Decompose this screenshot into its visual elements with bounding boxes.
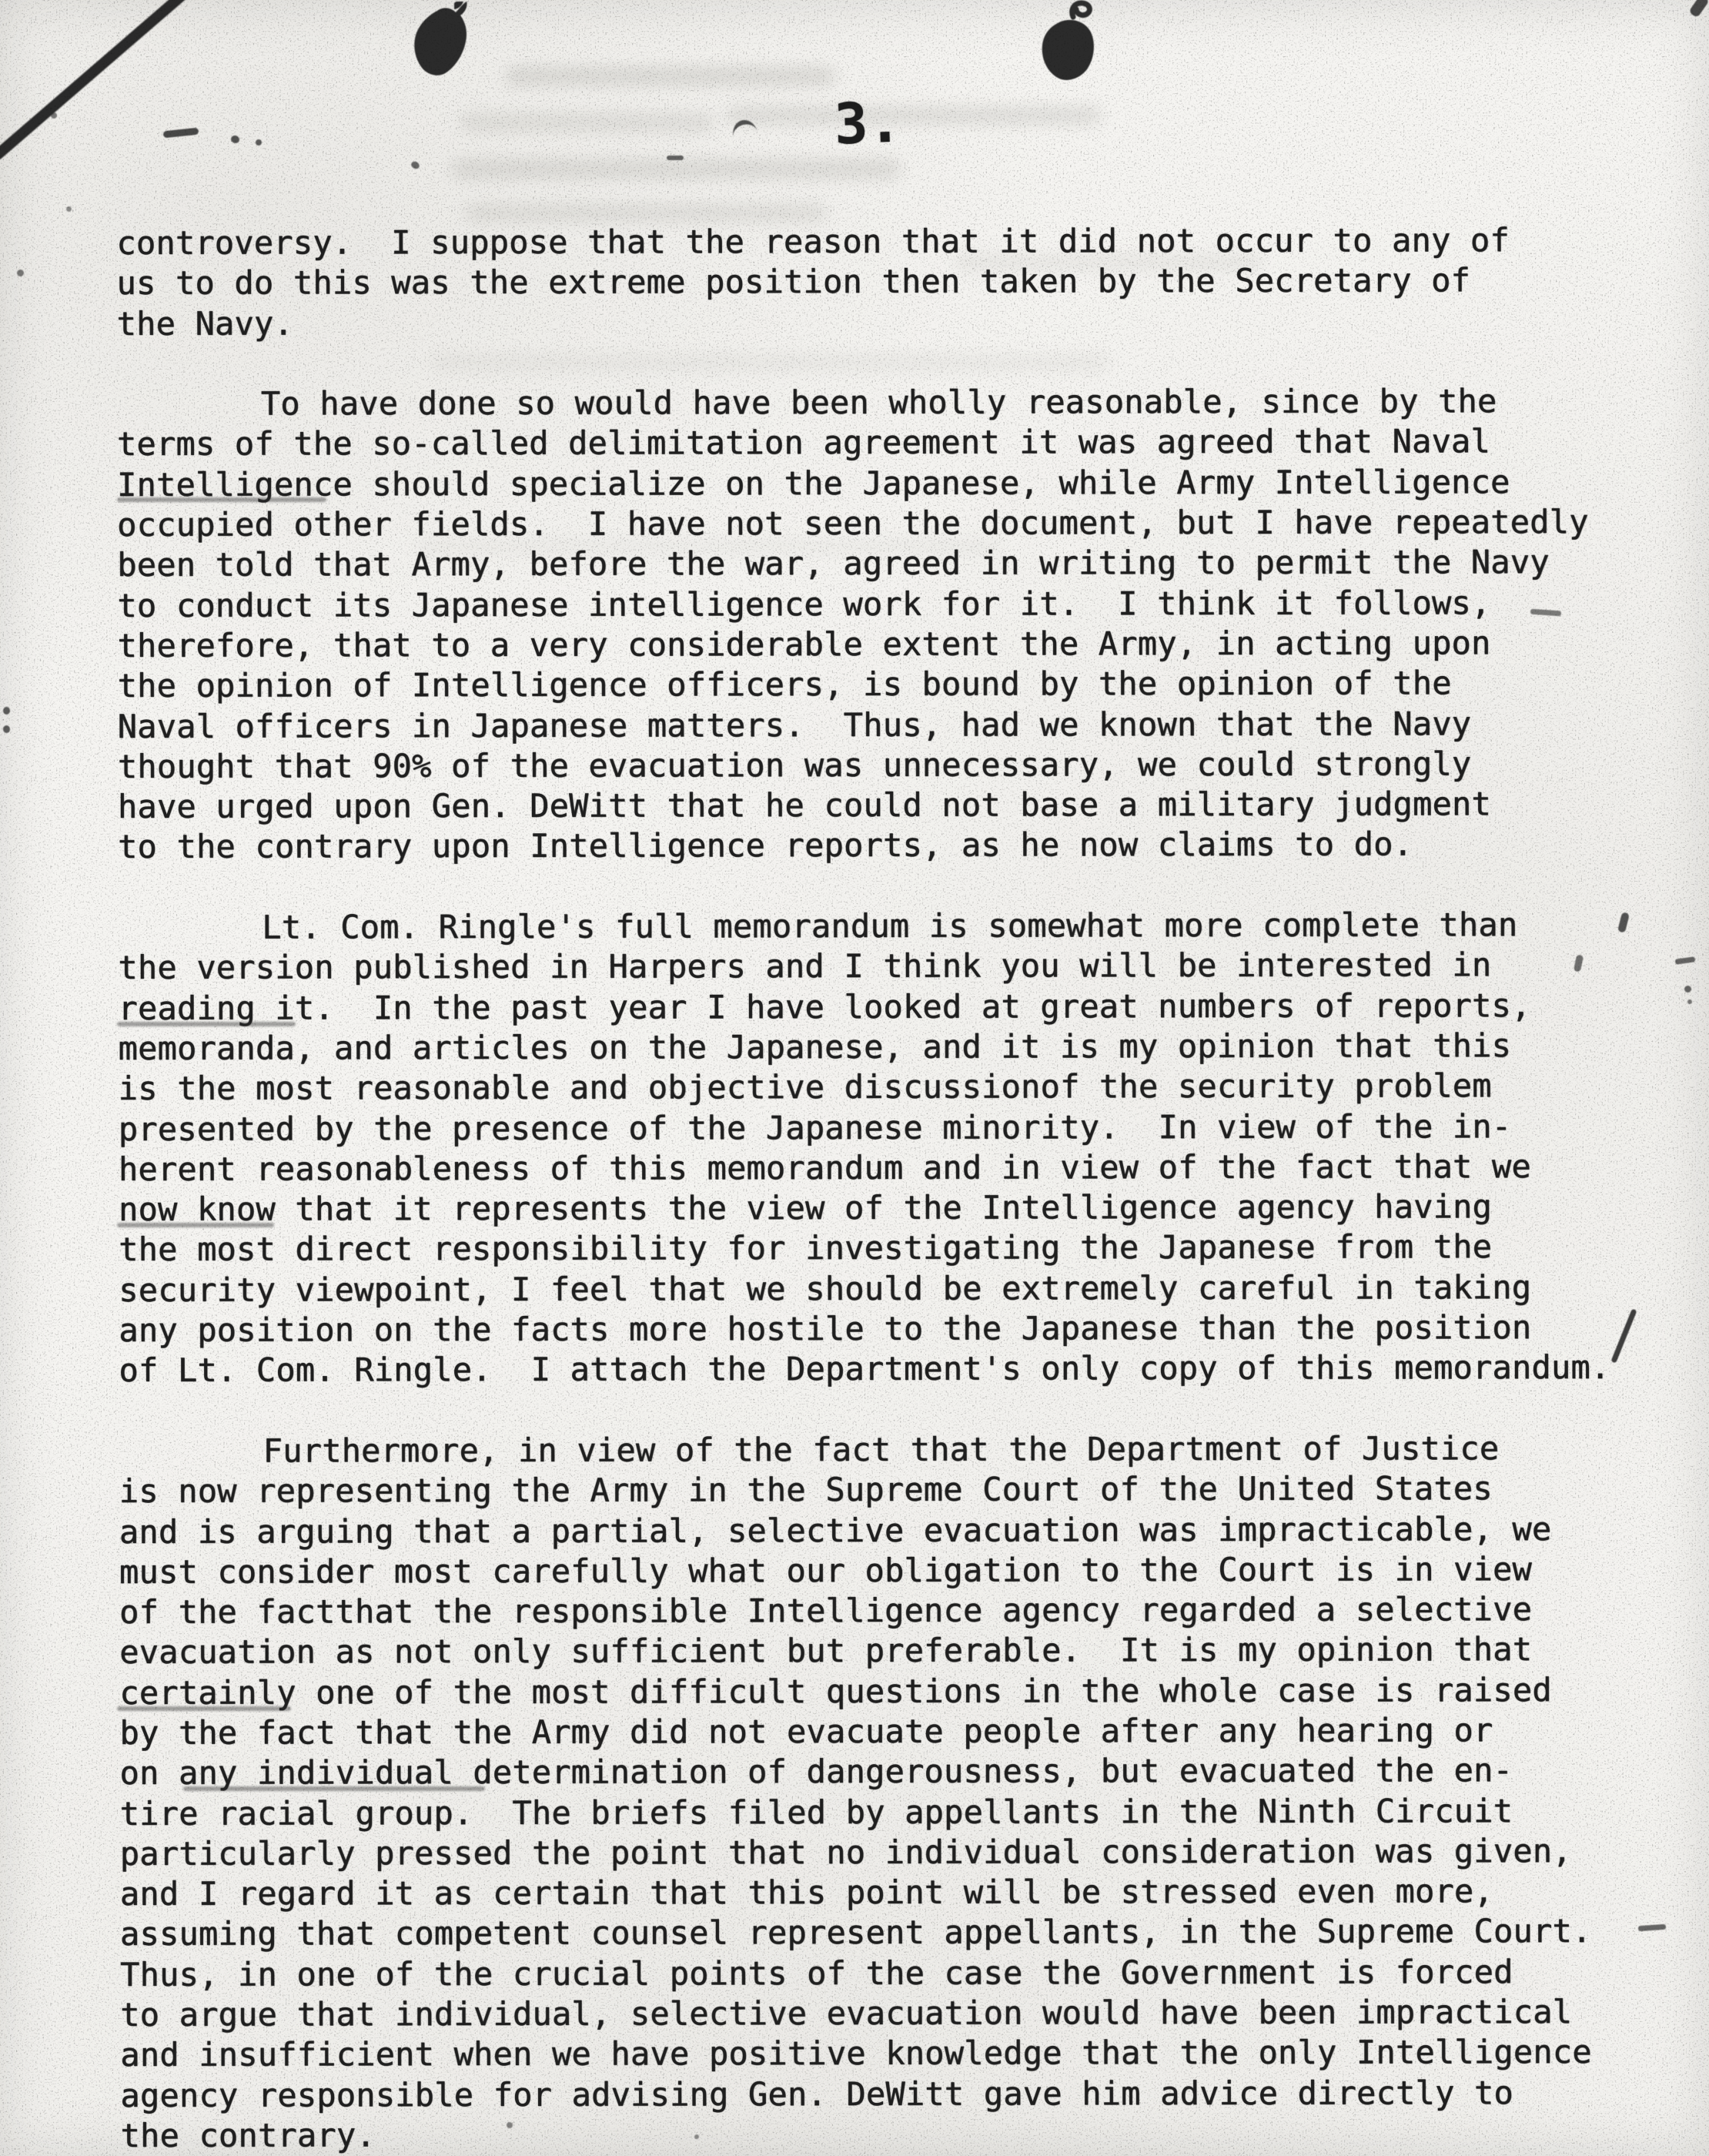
paragraph: controversy. I suppose that the reason t… [116, 220, 1648, 344]
text-line: to conduct its Japanese intelligence wor… [117, 583, 1649, 626]
stray-mark [1684, 986, 1691, 993]
text-line: been told that Army, before the war, agr… [117, 542, 1649, 585]
text-line: the opinion of Intelligence officers, is… [118, 663, 1650, 706]
bleed-through-artifact [727, 106, 1101, 125]
bleed-through-artifact [460, 112, 714, 132]
document-body: controversy. I suppose that the reason t… [116, 220, 1652, 2156]
smudge-underline [117, 497, 326, 502]
text-line: presented by the presence of the Japanes… [119, 1106, 1650, 1149]
text-line: now know that it represents the view of … [119, 1187, 1650, 1230]
ink-blot-artifact [411, 2, 476, 82]
stray-mark [17, 269, 24, 276]
text-line: security viewpoint, I feel that we shoul… [119, 1267, 1650, 1311]
text-line: to argue that individual, selective evac… [120, 1992, 1652, 2035]
text-line: To have done so would have been wholly r… [117, 381, 1649, 424]
text-line: reading it. In the past year I have look… [118, 986, 1650, 1029]
scanned-memo-page: 3. controversy. I suppose that the reaso… [0, 0, 1709, 2156]
smudge-underline [117, 1223, 274, 1227]
stray-mark [410, 160, 420, 170]
text-line: must consider most carefully what our ob… [119, 1549, 1651, 1592]
paragraph: To have done so would have been wholly r… [117, 381, 1650, 868]
text-line: Thus, in one of the crucial points of th… [120, 1952, 1652, 1995]
text-line: herent reasonableness of this memorandum… [119, 1147, 1650, 1190]
text-line: agency responsible for advising Gen. DeW… [120, 2073, 1652, 2116]
text-line: and I regard it as certain that this poi… [120, 1871, 1652, 1914]
ink-blot-artifact [1035, 0, 1109, 83]
diagonal-ink-stroke-artifact [0, 0, 193, 162]
text-line: of the factthat the responsible Intellig… [119, 1589, 1651, 1632]
stray-mark [256, 139, 262, 146]
text-line: the contrary. [121, 2113, 1653, 2156]
stray-mark [51, 112, 57, 119]
bleed-through-artifact [505, 66, 836, 86]
stray-mark [163, 128, 199, 139]
page-number: 3. [834, 90, 903, 157]
text-line: Naval officers in Japanese matters. Thus… [118, 703, 1650, 746]
stray-mark [66, 206, 72, 212]
stray-mark [1638, 1924, 1666, 1931]
margin-colon-mark [3, 725, 10, 733]
text-line: is now representing the Army in the Supr… [119, 1468, 1651, 1512]
smudge-underline [183, 1786, 485, 1791]
text-line: controversy. I suppose that the reason t… [116, 220, 1648, 263]
text-line: and is arguing that a partial, selective… [119, 1508, 1651, 1552]
text-line: of Lt. Com. Ringle. I attach the Departm… [119, 1347, 1650, 1391]
text-line: is the most reasonable and objective dis… [119, 1066, 1650, 1109]
stray-mark [1687, 999, 1692, 1004]
bleed-through-artifact [465, 203, 827, 223]
bleed-through-artifact [451, 159, 901, 179]
text-line: therefore, that to a very considerable e… [117, 623, 1649, 666]
smudge-underline [117, 1022, 296, 1026]
text-line: thought that 90% of the evacuation was u… [118, 744, 1650, 787]
smudge-underline [117, 1706, 291, 1711]
text-line: memoranda, and articles on the Japanese,… [119, 1026, 1650, 1069]
text-line: assuming that competent counsel represen… [120, 1911, 1652, 1954]
text-line: occupied other fields. I have not seen t… [117, 502, 1649, 545]
text-line: to the contrary upon Intelligence report… [118, 824, 1650, 867]
stray-mark [667, 156, 684, 160]
paragraph: Furthermore, in view of the fact that th… [119, 1428, 1653, 2156]
text-line: certainly one of the most difficult ques… [119, 1670, 1651, 1713]
paragraph: Lt. Com. Ringle's full memorandum is som… [118, 905, 1650, 1391]
text-line: and insufficient when we have positive k… [120, 2032, 1652, 2075]
text-line: any position on the facts more hostile t… [119, 1307, 1650, 1351]
text-line: the Navy. [117, 301, 1649, 344]
text-line: Intelligence should specialize on the Ja… [117, 462, 1649, 505]
corner-tick-mark [1688, 0, 1709, 18]
stray-mark [694, 2134, 699, 2139]
text-line: Lt. Com. Ringle's full memorandum is som… [118, 905, 1650, 948]
stray-mark [230, 134, 241, 144]
text-line: Furthermore, in view of the fact that th… [119, 1428, 1651, 1471]
text-line: the version published in Harpers and I t… [118, 945, 1650, 988]
stray-mark [1675, 956, 1696, 965]
text-line: particularly pressed the point that no i… [120, 1831, 1652, 1874]
text-line: evacuation as not only sufficient but pr… [119, 1629, 1651, 1672]
text-line: by the fact that the Army did not evacua… [119, 1710, 1651, 1753]
text-line: terms of the so-called delimitation agre… [117, 421, 1649, 464]
margin-colon-mark [3, 707, 10, 715]
text-line: tire racial group. The briefs filed by a… [120, 1790, 1652, 1833]
stray-mark [507, 2122, 513, 2128]
text-line: have urged upon Gen. DeWitt that he coul… [118, 784, 1650, 827]
text-line: us to do this was the extreme position t… [116, 260, 1648, 303]
text-line: the most direct responsibility for inves… [119, 1227, 1650, 1270]
